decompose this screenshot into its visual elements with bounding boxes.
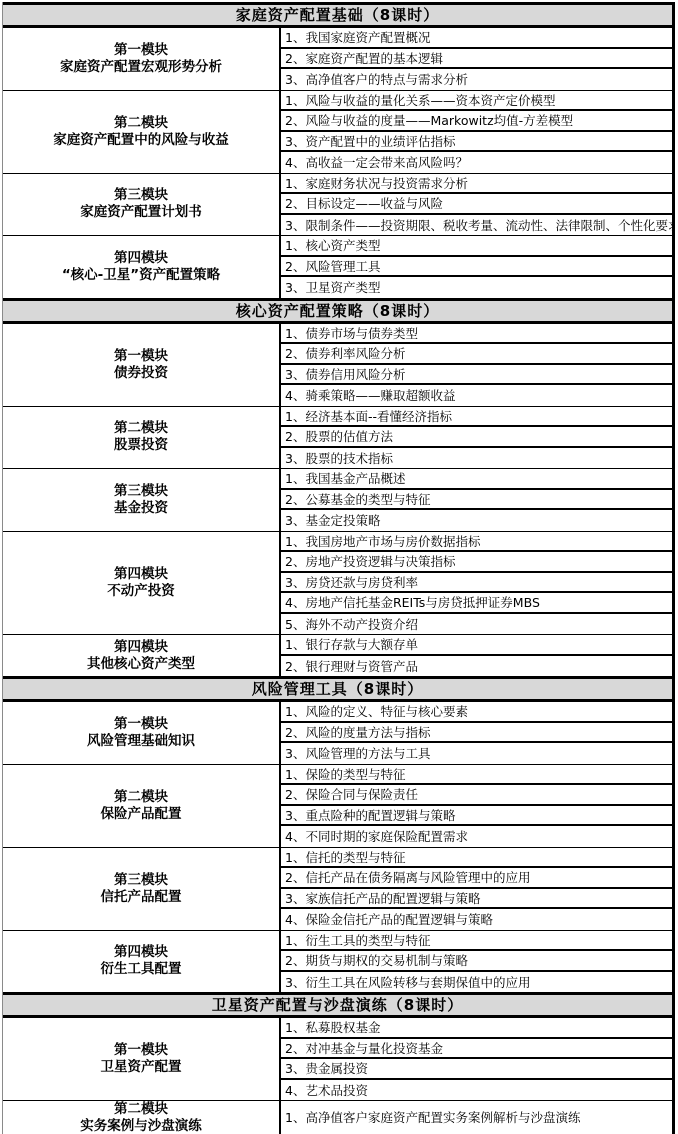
course-item: 2、债券利率风险分析 [281,344,672,365]
module-number: 第二模块 [3,420,279,437]
module-items: 1、我国基金产品概述2、公募基金的类型与特征3、基金定投策略 [281,469,672,531]
course-item: 4、不同时期的家庭保险配置需求 [281,826,672,847]
module-number: 第二模块 [3,1101,279,1118]
section-header-title: 风险管理工具（8课时） [3,676,672,702]
course-item: 2、股票的估值方法 [281,427,672,448]
module-row: 第三模块家庭资产配置计划书1、家庭财务状况与投资需求分析2、目标设定——收益与风… [3,174,672,237]
module-items: 1、信托的类型与特征2、信托产品在债务隔离与风险管理中的应用3、家族信托产品的配… [281,848,672,930]
course-item: 3、基金定投策略 [281,510,672,531]
section-header-title: 家庭资产配置基础（8课时） [3,2,672,28]
section-header-title: 核心资产配置策略（8课时） [3,298,672,324]
module-title: 保险产品配置 [3,806,279,823]
module-items: 1、家庭财务状况与投资需求分析2、目标设定——收益与风险3、限制条件——投资期限… [281,174,672,236]
course-item: 3、风险管理的方法与工具 [281,743,672,764]
module-row: 第四模块其他核心资产类型1、银行存款与大额存单2、银行理财与资管产品 [3,635,672,676]
module-items: 1、我国家庭资产配置概况2、家庭资产配置的基本逻辑3、高净值客户的特点与需求分析 [281,28,672,90]
module-name-cell: 第三模块信托产品配置 [3,848,281,930]
module-title: “核心-卫星”资产配置策略 [3,267,279,284]
course-item: 3、股票的技术指标 [281,448,672,469]
course-item: 4、骑乘策略——赚取超额收益 [281,385,672,406]
section-header-title: 卫星资产配置与沙盘演练（8课时） [3,992,672,1018]
module-name-cell: 第二模块家庭资产配置中的风险与收益 [3,91,281,173]
module-row: 第三模块基金投资1、我国基金产品概述2、公募基金的类型与特征3、基金定投策略 [3,469,672,532]
course-item: 2、对冲基金与量化投资基金 [281,1039,672,1060]
course-item: 4、高收益一定会带来高风险吗？ [281,152,672,173]
module-title: 其他核心资产类型 [3,656,279,673]
module-name-cell: 第一模块债券投资 [3,324,281,406]
course-item: 3、限制条件——投资期限、税收考量、流动性、法律限制、个性化要求 [281,215,672,236]
course-item: 4、保险金信托产品的配置逻辑与策略 [281,909,672,930]
module-title: 家庭资产配置计划书 [3,204,279,221]
module-name-cell: 第三模块家庭资产配置计划书 [3,174,281,236]
module-row: 第一模块风险管理基础知识1、风险的定义、特征与核心要素2、风险的度量方法与指标3… [3,702,672,765]
module-items: 1、私募股权基金2、对冲基金与量化投资基金3、贵金属投资4、艺术品投资 [281,1018,672,1100]
course-item: 4、艺术品投资 [281,1080,672,1101]
module-title: 基金投资 [3,500,279,517]
module-row: 第一模块债券投资1、债券市场与债券类型2、债券利率风险分析3、债券信用风险分析4… [3,324,672,407]
course-item: 3、高净值客户的特点与需求分析 [281,69,672,90]
module-name-cell: 第一模块风险管理基础知识 [3,702,281,764]
module-number: 第三模块 [3,187,279,204]
module-number: 第一模块 [3,42,279,59]
course-item: 3、卫星资产类型 [281,277,672,298]
course-item: 3、家族信托产品的配置逻辑与策略 [281,889,672,910]
course-item: 1、我国家庭资产配置概况 [281,28,672,49]
module-row: 第四模块不动产投资1、我国房地产市场与房价数据指标2、房地产投资逻辑与决策指标3… [3,532,672,636]
module-name-cell: 第三模块基金投资 [3,469,281,531]
page: 家庭资产配置基础（8课时）第一模块家庭资产配置宏观形势分析1、我国家庭资产配置概… [0,0,678,1134]
module-row: 第四模块衍生工具配置1、衍生工具的类型与特征2、期货与期权的交易机制与策略3、衍… [3,931,672,993]
course-item: 1、家庭财务状况与投资需求分析 [281,174,672,195]
module-name-cell: 第一模块家庭资产配置宏观形势分析 [3,28,281,90]
module-number: 第一模块 [3,348,279,365]
course-item: 2、公募基金的类型与特征 [281,490,672,511]
module-title: 家庭资产配置宏观形势分析 [3,59,279,76]
course-item: 2、风险与收益的度量——Markowitz均值-方差模型 [281,111,672,132]
course-item: 1、风险与收益的量化关系——资本资产定价模型 [281,91,672,112]
module-number: 第四模块 [3,944,279,961]
course-item: 4、房地产信托基金REITs与房贷抵押证券MBS [281,593,672,614]
course-item: 3、贵金属投资 [281,1059,672,1080]
module-name-cell: 第二模块股票投资 [3,407,281,469]
course-item: 1、私募股权基金 [281,1018,672,1039]
course-item: 3、衍生工具在风险转移与套期保值中的应用 [281,972,672,993]
module-name-cell: 第四模块衍生工具配置 [3,931,281,993]
module-row: 第三模块信托产品配置1、信托的类型与特征2、信托产品在债务隔离与风险管理中的应用… [3,848,672,931]
course-item: 5、海外不动产投资介绍 [281,614,672,635]
module-row: 第二模块股票投资1、经济基本面--看懂经济指标2、股票的估值方法3、股票的技术指… [3,407,672,470]
module-number: 第二模块 [3,115,279,132]
module-row: 第二模块保险产品配置1、保险的类型与特征2、保险合同与保险责任3、重点险种的配置… [3,765,672,848]
course-item: 1、衍生工具的类型与特征 [281,931,672,952]
module-name-cell: 第四模块“核心-卫星”资产配置策略 [3,236,281,298]
module-title: 卫星资产配置 [3,1059,279,1076]
module-title: 信托产品配置 [3,889,279,906]
module-number: 第四模块 [3,250,279,267]
module-items: 1、保险的类型与特征2、保险合同与保险责任3、重点险种的配置逻辑与策略4、不同时… [281,765,672,847]
module-items: 1、债券市场与债券类型2、债券利率风险分析3、债券信用风险分析4、骑乘策略——赚… [281,324,672,406]
course-item: 2、保险合同与保险责任 [281,785,672,806]
module-items: 1、高净值客户家庭资产配置实务案例解析与沙盘演练 [281,1101,672,1134]
course-item: 3、房贷还款与房贷利率 [281,573,672,594]
course-item: 1、保险的类型与特征 [281,765,672,786]
module-number: 第四模块 [3,639,279,656]
module-title: 债券投资 [3,365,279,382]
module-items: 1、衍生工具的类型与特征2、期货与期权的交易机制与策略3、衍生工具在风险转移与套… [281,931,672,993]
module-items: 1、风险的定义、特征与核心要素2、风险的度量方法与指标3、风险管理的方法与工具 [281,702,672,764]
module-title: 风险管理基础知识 [3,733,279,750]
course-item: 2、银行理财与资管产品 [281,656,672,677]
course-item: 2、信托产品在债务隔离与风险管理中的应用 [281,868,672,889]
module-row: 第一模块卫星资产配置1、私募股权基金2、对冲基金与量化投资基金3、贵金属投资4、… [3,1018,672,1101]
module-title: 不动产投资 [3,583,279,600]
module-number: 第四模块 [3,566,279,583]
module-items: 1、我国房地产市场与房价数据指标2、房地产投资逻辑与决策指标3、房贷还款与房贷利… [281,532,672,635]
module-title: 家庭资产配置中的风险与收益 [3,132,279,149]
course-syllabus-table: 家庭资产配置基础（8课时）第一模块家庭资产配置宏观形势分析1、我国家庭资产配置概… [2,2,675,1134]
course-item: 1、经济基本面--看懂经济指标 [281,407,672,428]
module-items: 1、经济基本面--看懂经济指标2、股票的估值方法3、股票的技术指标 [281,407,672,469]
course-item: 1、信托的类型与特征 [281,848,672,869]
course-item: 2、目标设定——收益与风险 [281,194,672,215]
course-item: 3、重点险种的配置逻辑与策略 [281,806,672,827]
module-items: 1、风险与收益的量化关系——资本资产定价模型2、风险与收益的度量——Markow… [281,91,672,173]
course-item: 1、核心资产类型 [281,236,672,257]
module-title: 衍生工具配置 [3,961,279,978]
module-name-cell: 第二模块实务案例与沙盘演练 [3,1101,281,1134]
module-number: 第三模块 [3,483,279,500]
course-item: 2、家庭资产配置的基本逻辑 [281,49,672,70]
module-number: 第一模块 [3,716,279,733]
course-item: 2、风险管理工具 [281,257,672,278]
course-item: 2、房地产投资逻辑与决策指标 [281,552,672,573]
module-row: 第四模块“核心-卫星”资产配置策略1、核心资产类型2、风险管理工具3、卫星资产类… [3,236,672,298]
module-row: 第一模块家庭资产配置宏观形势分析1、我国家庭资产配置概况2、家庭资产配置的基本逻… [3,28,672,91]
module-number: 第一模块 [3,1042,279,1059]
module-number: 第三模块 [3,872,279,889]
course-item: 1、高净值客户家庭资产配置实务案例解析与沙盘演练 [281,1101,672,1132]
module-row: 第二模块实务案例与沙盘演练1、高净值客户家庭资产配置实务案例解析与沙盘演练 [3,1101,672,1134]
course-item: 3、债券信用风险分析 [281,365,672,386]
module-name-cell: 第一模块卫星资产配置 [3,1018,281,1100]
module-items: 1、核心资产类型2、风险管理工具3、卫星资产类型 [281,236,672,298]
course-item: 1、我国房地产市场与房价数据指标 [281,532,672,553]
module-title: 股票投资 [3,437,279,454]
course-item: 2、风险的度量方法与指标 [281,723,672,744]
module-name-cell: 第四模块不动产投资 [3,532,281,635]
course-item: 1、我国基金产品概述 [281,469,672,490]
course-item: 1、债券市场与债券类型 [281,324,672,345]
course-item: 3、资产配置中的业绩评估指标 [281,132,672,153]
module-title: 实务案例与沙盘演练 [3,1118,279,1134]
module-number: 第二模块 [3,789,279,806]
module-items: 1、银行存款与大额存单2、银行理财与资管产品 [281,635,672,676]
course-item: 1、银行存款与大额存单 [281,635,672,656]
module-name-cell: 第二模块保险产品配置 [3,765,281,847]
course-item: 2、期货与期权的交易机制与策略 [281,951,672,972]
module-row: 第二模块家庭资产配置中的风险与收益1、风险与收益的量化关系——资本资产定价模型2… [3,91,672,174]
course-item: 1、风险的定义、特征与核心要素 [281,702,672,723]
module-name-cell: 第四模块其他核心资产类型 [3,635,281,676]
